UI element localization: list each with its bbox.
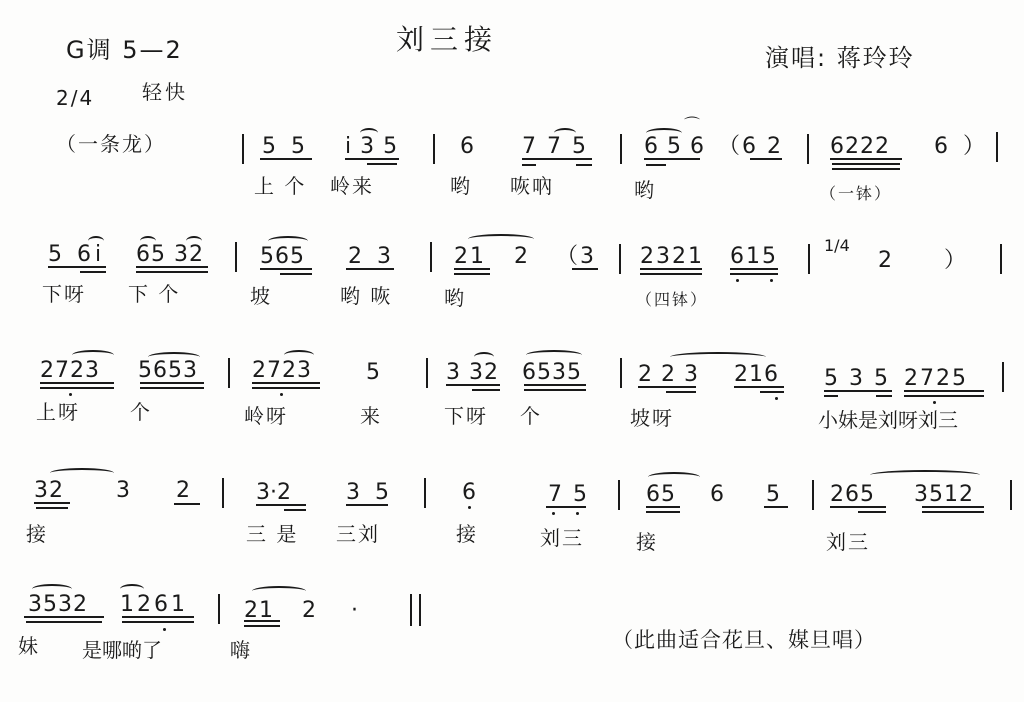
note-group: 7 7 5 — [522, 134, 588, 160]
underline — [454, 273, 490, 275]
underline — [922, 511, 984, 513]
note-group: 65 32 — [136, 242, 204, 268]
slur — [50, 468, 114, 478]
note-group: 5 — [766, 482, 784, 508]
note-group: i 3 5 — [345, 134, 398, 160]
lyric: 哟 — [444, 286, 466, 310]
underline — [260, 268, 312, 270]
underline — [572, 268, 598, 270]
slur — [870, 470, 980, 480]
note-group: （3 — [556, 244, 596, 270]
bar-line — [1000, 244, 1002, 274]
note-group: 65 — [646, 482, 676, 508]
note-group: 2723 — [252, 358, 312, 384]
underline — [367, 163, 397, 165]
slur — [670, 352, 766, 362]
final-double-bar — [410, 594, 421, 626]
underline — [252, 382, 320, 384]
note-group: 3 32 — [446, 360, 499, 386]
underline — [904, 395, 984, 397]
lyric: 接 — [456, 522, 478, 546]
note-group: 6535 — [522, 360, 582, 386]
underline — [730, 268, 778, 270]
underline — [524, 384, 586, 386]
underline — [646, 506, 680, 508]
music-score-page: G调 5—2 刘三接 演唱: 蒋玲玲 2/4 轻快 （一条龙） 5 5 i 3 … — [0, 0, 1024, 702]
bar-line — [228, 358, 230, 388]
lyric: 上 个 — [254, 174, 306, 198]
underline — [646, 164, 666, 166]
octave-dot — [468, 506, 471, 509]
bar-line — [996, 132, 998, 162]
octave-dot — [280, 393, 283, 396]
underline — [122, 621, 194, 623]
underline — [666, 391, 696, 393]
bar-line — [1002, 362, 1004, 392]
underline — [174, 503, 200, 505]
note-group: 6 ） — [934, 134, 989, 160]
note-group: 3 5 — [346, 480, 393, 506]
bar-line — [1010, 480, 1012, 510]
octave-dot — [736, 279, 739, 282]
underline — [40, 387, 114, 389]
underline — [824, 395, 838, 397]
lyric: 妹 — [18, 634, 40, 658]
note-group: 5 5 — [262, 134, 309, 160]
slur — [88, 236, 104, 246]
bar-line — [433, 134, 435, 164]
underline — [140, 382, 204, 384]
lyric: 咴吶 — [510, 174, 554, 198]
lyric: 个 — [130, 400, 152, 424]
underline — [760, 391, 784, 393]
underline — [256, 504, 306, 506]
note-group: 216 — [734, 362, 779, 388]
underline — [644, 158, 700, 160]
note-group: 6 5 6 — [644, 134, 705, 160]
lyric: 岭来 — [330, 174, 374, 198]
underline — [346, 268, 394, 270]
bar-line — [812, 480, 814, 510]
note-group: 2 — [878, 248, 896, 274]
note-group: 32 — [34, 478, 64, 504]
lyric: 三刘 — [336, 522, 380, 546]
lyric-annotation: （四钵） — [636, 288, 708, 312]
underline — [832, 168, 900, 170]
note-group: 615 — [730, 244, 778, 270]
bar-line — [235, 242, 237, 272]
underline — [522, 164, 536, 166]
note-group: 2 — [514, 244, 532, 270]
underline — [638, 386, 696, 388]
underline — [244, 620, 280, 622]
lyric: 下呀 — [444, 404, 488, 428]
bar-line — [426, 358, 428, 388]
lyric: 坡 — [250, 284, 272, 308]
underline — [260, 158, 312, 160]
slur — [252, 586, 306, 596]
lyric: 是哪啲了 — [82, 638, 162, 662]
underline — [244, 625, 280, 627]
bar-line — [619, 244, 621, 274]
bar-line — [242, 134, 244, 164]
note-group: 565 — [260, 244, 305, 270]
lyric: 刘三 — [540, 526, 584, 550]
note-group: 2 2 3 — [638, 362, 699, 388]
note-group: 6 — [710, 482, 728, 508]
key-signature: G调 5—2 — [66, 30, 183, 65]
note-group: 5 — [366, 360, 384, 386]
underline — [640, 268, 702, 270]
underline — [876, 395, 892, 397]
note-group: 2723 — [40, 358, 100, 384]
lyric: 接 — [636, 530, 658, 554]
score-title: 刘三接 — [396, 18, 498, 58]
note-group: 3 — [116, 478, 134, 504]
lyric: 嗨 — [230, 638, 252, 662]
lyric: 接 — [26, 522, 48, 546]
note-group: 2 · — [302, 598, 372, 624]
fermata: ⌒ — [684, 112, 700, 135]
underline — [750, 158, 782, 160]
underline — [576, 164, 592, 166]
bar-line — [424, 478, 426, 508]
note-group: 6 — [460, 134, 478, 160]
underline — [858, 511, 886, 513]
performance-note: （此曲适合花旦、媒旦唱） — [612, 624, 876, 654]
underline — [284, 509, 306, 511]
note-group: 2321 — [640, 244, 704, 270]
note-group: 3532 — [28, 592, 88, 618]
note-group: 2 — [176, 478, 194, 504]
underline — [80, 271, 106, 273]
underline — [346, 504, 388, 506]
underline — [904, 390, 984, 392]
slur — [526, 350, 582, 360]
bar-line — [222, 478, 224, 508]
underline — [830, 506, 886, 508]
octave-dot — [576, 512, 579, 515]
note-group: 5 3 5 — [824, 366, 890, 392]
note-group: 7 5 — [548, 482, 589, 508]
underline — [824, 390, 892, 392]
note-group: 1261 — [120, 592, 188, 618]
underline — [472, 389, 500, 391]
underline — [26, 621, 102, 623]
lyric: 三 是 — [246, 522, 298, 546]
underline — [522, 158, 592, 160]
underline — [546, 506, 586, 508]
lyric: 哟 — [450, 174, 472, 198]
octave-dot — [69, 393, 72, 396]
underline — [345, 158, 399, 160]
note-group: ） — [944, 248, 970, 274]
note-group: （6 2 — [718, 134, 783, 160]
note-group: 3·2 — [256, 480, 291, 506]
tempo-marking: 轻快 — [142, 76, 188, 105]
lyric: 下呀 — [42, 282, 86, 306]
underline — [34, 502, 70, 504]
underline — [48, 266, 106, 268]
underline — [40, 382, 114, 384]
underline — [446, 384, 500, 386]
note-group: 6222 — [830, 134, 890, 160]
lyric: 刘三 — [826, 530, 870, 554]
time-signature: 2/4 — [56, 86, 94, 110]
bar-line — [808, 244, 810, 274]
underline — [524, 389, 586, 391]
bar-line — [430, 242, 432, 272]
bar-line — [618, 480, 620, 510]
note-group: 2725 — [904, 366, 968, 392]
bar-line — [620, 358, 622, 388]
underline — [280, 273, 312, 275]
lyric: 下 个 — [128, 282, 180, 306]
lyric: 哟 咴 — [340, 284, 392, 308]
note-group: 5653 — [138, 358, 198, 384]
slur — [468, 234, 534, 244]
singer-credit: 演唱: 蒋玲玲 — [765, 38, 915, 73]
underline — [830, 158, 902, 160]
underline — [24, 616, 104, 618]
underline — [646, 511, 680, 513]
lyric: 来 — [360, 404, 382, 428]
underline — [734, 386, 784, 388]
slur — [648, 472, 700, 482]
underline — [36, 507, 68, 509]
lyric-annotation: （一钵） — [820, 182, 892, 206]
lyric: 哟 — [634, 178, 656, 202]
note-group: 3512 — [914, 482, 974, 508]
underline — [122, 616, 194, 618]
octave-dot — [163, 628, 166, 631]
bar-line — [620, 134, 622, 164]
octave-dot — [770, 279, 773, 282]
lyric: 个 — [520, 404, 542, 428]
underline — [922, 506, 984, 508]
lyric: 岭呀 — [244, 404, 288, 428]
octave-dot — [933, 401, 936, 404]
intro-label: （一条龙） — [56, 128, 166, 157]
underline — [140, 387, 204, 389]
octave-dot — [552, 512, 555, 515]
lyric: 上呀 — [36, 400, 80, 424]
octave-dot — [775, 397, 778, 400]
note-group: 21 — [454, 244, 486, 270]
note-group: 2 3 — [348, 244, 395, 270]
underline — [252, 387, 320, 389]
underline — [136, 266, 208, 268]
underline — [832, 163, 900, 165]
underline — [454, 268, 490, 270]
underline — [764, 506, 788, 508]
lyric: 坡呀 — [630, 406, 674, 430]
bar-line — [807, 134, 809, 164]
note-group: 6 — [462, 480, 480, 506]
underline — [730, 273, 778, 275]
underline — [136, 271, 208, 273]
time-change: 1/4 — [824, 236, 850, 255]
underline — [640, 273, 702, 275]
bar-line — [218, 594, 220, 624]
note-group: 265 — [830, 482, 875, 508]
lyric: 小妹是刘呀刘三 — [818, 408, 958, 432]
